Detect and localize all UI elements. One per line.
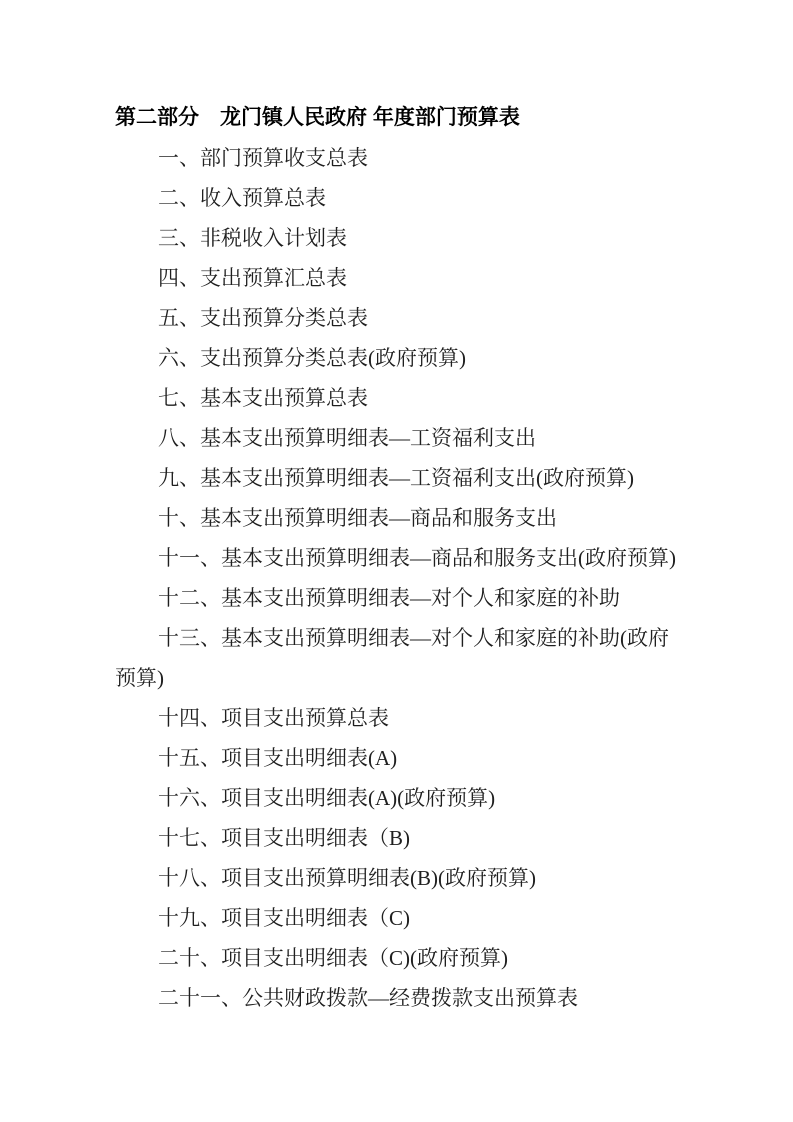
- toc-item: 三、非税收入计划表: [115, 218, 683, 258]
- toc-item: 二十、项目支出明细表（C)(政府预算): [115, 938, 683, 978]
- toc-item: 六、支出预算分类总表(政府预算): [115, 338, 683, 378]
- toc-item: 八、基本支出预算明细表—工资福利支出: [115, 418, 683, 458]
- document-content: 第二部分 龙门镇人民政府 年度部门预算表 一、部门预算收支总表 二、收入预算总表…: [0, 0, 793, 1018]
- toc-item: 十三、基本支出预算明细表—对个人和家庭的补助(政府预算): [115, 618, 683, 698]
- toc-item: 九、基本支出预算明细表—工资福利支出(政府预算): [115, 458, 683, 498]
- section-title: 第二部分 龙门镇人民政府 年度部门预算表: [115, 98, 683, 138]
- toc-item: 二十一、公共财政拨款—经费拨款支出预算表: [115, 978, 683, 1018]
- toc-item: 四、支出预算汇总表: [115, 258, 683, 298]
- toc-item: 十五、项目支出明细表(A): [115, 738, 683, 778]
- toc-item: 二、收入预算总表: [115, 178, 683, 218]
- toc-item: 七、基本支出预算总表: [115, 378, 683, 418]
- toc-list: 一、部门预算收支总表 二、收入预算总表 三、非税收入计划表 四、支出预算汇总表 …: [115, 138, 683, 1018]
- toc-item: 十八、项目支出预算明细表(B)(政府预算): [115, 858, 683, 898]
- toc-item: 十四、项目支出预算总表: [115, 698, 683, 738]
- document-page: 第二部分 龙门镇人民政府 年度部门预算表 一、部门预算收支总表 二、收入预算总表…: [0, 0, 793, 1122]
- toc-item: 五、支出预算分类总表: [115, 298, 683, 338]
- toc-item: 十一、基本支出预算明细表—商品和服务支出(政府预算): [115, 538, 683, 578]
- toc-item: 十二、基本支出预算明细表—对个人和家庭的补助: [115, 578, 683, 618]
- toc-item: 一、部门预算收支总表: [115, 138, 683, 178]
- toc-item: 十九、项目支出明细表（C): [115, 898, 683, 938]
- toc-item: 十七、项目支出明细表（B): [115, 818, 683, 858]
- toc-item: 十、基本支出预算明细表—商品和服务支出: [115, 498, 683, 538]
- toc-item: 十六、项目支出明细表(A)(政府预算): [115, 778, 683, 818]
